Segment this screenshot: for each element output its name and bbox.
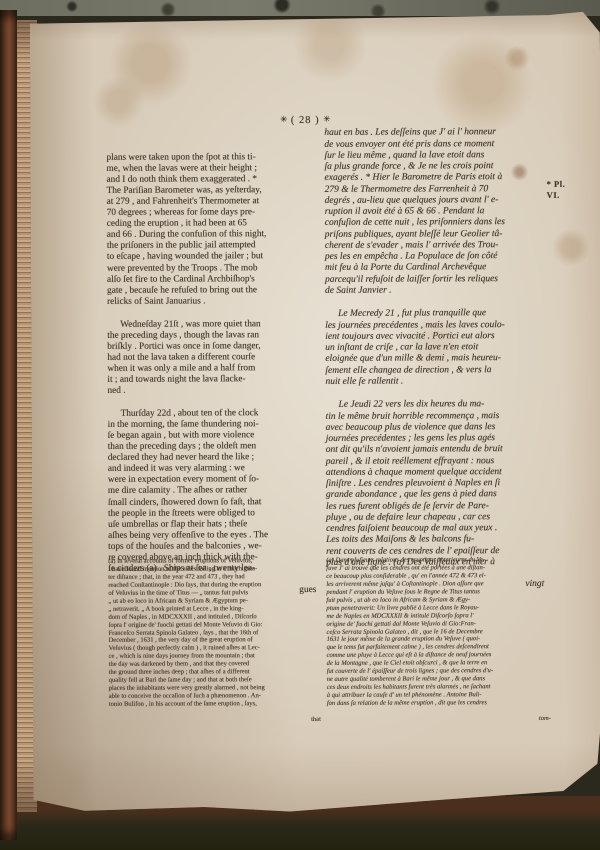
english-paragraph-1: plans were taken upon the ſpot at this t… [106,152,321,308]
english-footnote: (a) In ſeveral accounts of former erupti… [108,549,325,733]
french-footnote-text: (a) Dans pluſieurs relations des eruptio… [326,556,555,708]
english-footnote-text: (a) In ſeveral accounts of former erupti… [108,557,325,709]
photo-of-open-book: { "header": { "ornament_left": "✳", "pag… [0,0,600,850]
english-column: plans were taken upon the ſpot at this t… [106,141,322,608]
plate-reference-margin-note: * Pl. VI. [547,179,591,200]
english-footnote-catchword: that [109,716,325,725]
english-paragraph-2: Wedneſday 21ſt , was more quiet than the… [107,319,321,397]
page-number: ( 28 ) [291,115,320,126]
french-paragraph-3: Le Jeudi 22 vers les dix heures du ma- t… [326,399,551,569]
french-footnote-catchword: tom- [327,715,555,724]
french-paragraph-2: Le Mecredy 21 , fut plus tranquille que … [325,308,549,388]
book-spine [0,10,17,840]
french-column: haut en bas . Les deſſeins que J' ai l' … [324,116,550,603]
header-ornament-left-icon: ✳ [280,115,287,125]
book-cover-top-edge [0,0,600,16]
french-footnote: (a) Dans pluſieurs relations des eruptio… [326,548,555,732]
french-paragraph-1: haut en bas . Les deſſeins que J' ai l' … [324,127,549,297]
book-page: ✳ ( 28 ) ✳ plans were taken upon the ſpo… [30,12,600,814]
